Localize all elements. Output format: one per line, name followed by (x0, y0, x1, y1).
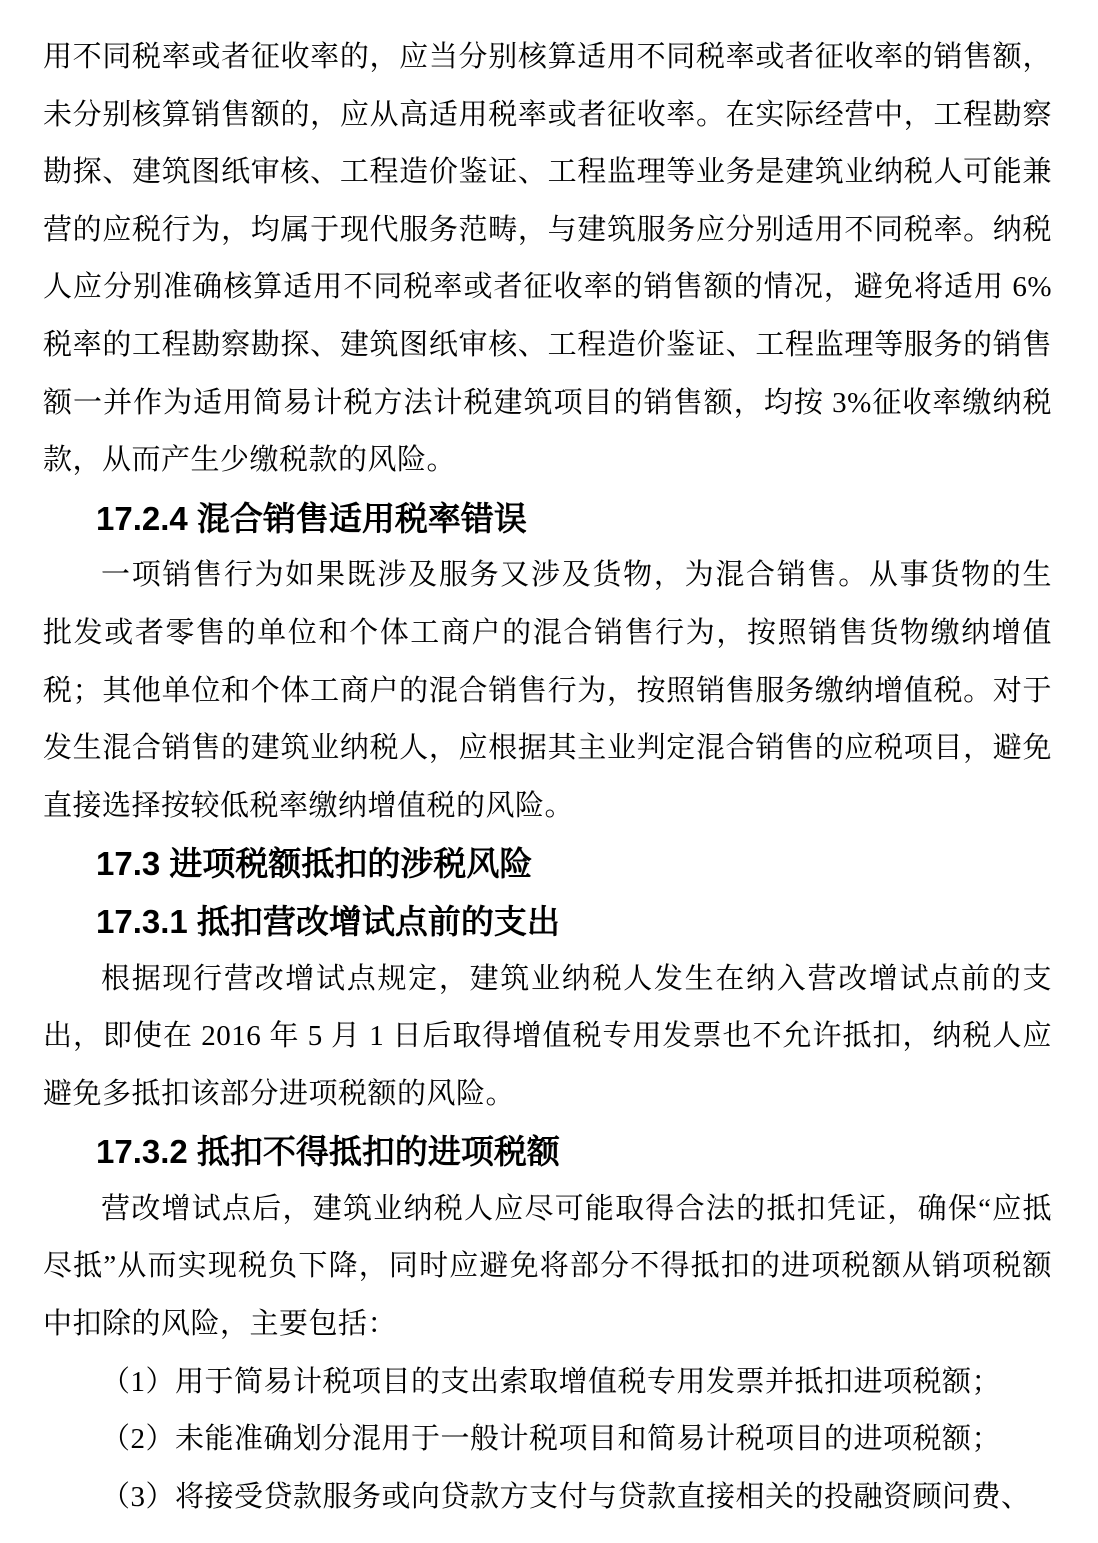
text-line: 款，从而产生少缴税款的风险。 (43, 432, 1052, 490)
section-heading: 17.3.1 抵扣营改增试点前的支出 (43, 893, 1052, 951)
text-line: （1）用于简易计税项目的支出索取增值税专用发票并抵扣进项税额； (43, 1354, 1052, 1412)
text-line: 用不同税率或者征收率的，应当分别核算适用不同税率或者征收率的销售额， (43, 29, 1052, 87)
text-line: 发生混合销售的建筑业纳税人，应根据其主业判定混合销售的应税项目，避免 (43, 720, 1052, 778)
text-line: 勘探、建筑图纸审核、工程造价鉴证、工程监理等业务是建筑业纳税人可能兼 (43, 144, 1052, 202)
section-heading: 17.3 进项税额抵扣的涉税风险 (43, 835, 1052, 893)
text-line: 中扣除的风险，主要包括： (43, 1296, 1052, 1354)
text-line: （2）未能准确划分混用于一般计税项目和简易计税项目的进项税额； (43, 1411, 1052, 1469)
text-line: 人应分别准确核算适用不同税率或者征收率的销售额的情况，避免将适用 6% (43, 259, 1052, 317)
text-line: 一项销售行为如果既涉及服务又涉及货物，为混合销售。从事货物的生产、 (43, 547, 1052, 605)
text-line: 尽抵”从而实现税负下降，同时应避免将部分不得抵扣的进项税额从销项税额 (43, 1238, 1052, 1296)
text-line: 税；其他单位和个体工商户的混合销售行为，按照销售服务缴纳增值税。对于 (43, 663, 1052, 721)
text-line: 额一并作为适用简易计税方法计税建筑项目的销售额，均按 3%征收率缴纳税 (43, 375, 1052, 433)
text-line: （3）将接受贷款服务或向贷款方支付与贷款直接相关的投融资顾问费、 (43, 1469, 1052, 1527)
document-page: 用不同税率或者征收率的，应当分别核算适用不同税率或者征收率的销售额，未分别核算销… (0, 0, 1098, 1543)
text-line: 营的应税行为，均属于现代服务范畴，与建筑服务应分别适用不同税率。纳税 (43, 202, 1052, 260)
text-line: 未分别核算销售额的，应从高适用税率或者征收率。在实际经营中，工程勘察 (43, 87, 1052, 145)
text-line: 直接选择按较低税率缴纳增值税的风险。 (43, 778, 1052, 836)
section-heading: 17.2.4 混合销售适用税率错误 (43, 490, 1052, 548)
text-line: 出，即使在 2016 年 5 月 1 日后取得增值税专用发票也不允许抵扣，纳税人… (43, 1008, 1052, 1066)
text-line: 税率的工程勘察勘探、建筑图纸审核、工程造价鉴证、工程监理等服务的销售 (43, 317, 1052, 375)
text-line: 营改增试点后，建筑业纳税人应尽可能取得合法的抵扣凭证，确保“应抵 (43, 1181, 1052, 1239)
text-line: 避免多抵扣该部分进项税额的风险。 (43, 1066, 1052, 1124)
text-line: 根据现行营改增试点规定，建筑业纳税人发生在纳入营改增试点前的支 (43, 951, 1052, 1009)
section-heading: 17.3.2 抵扣不得抵扣的进项税额 (43, 1123, 1052, 1181)
text-line: 批发或者零售的单位和个体工商户的混合销售行为，按照销售货物缴纳增值 (43, 605, 1052, 663)
